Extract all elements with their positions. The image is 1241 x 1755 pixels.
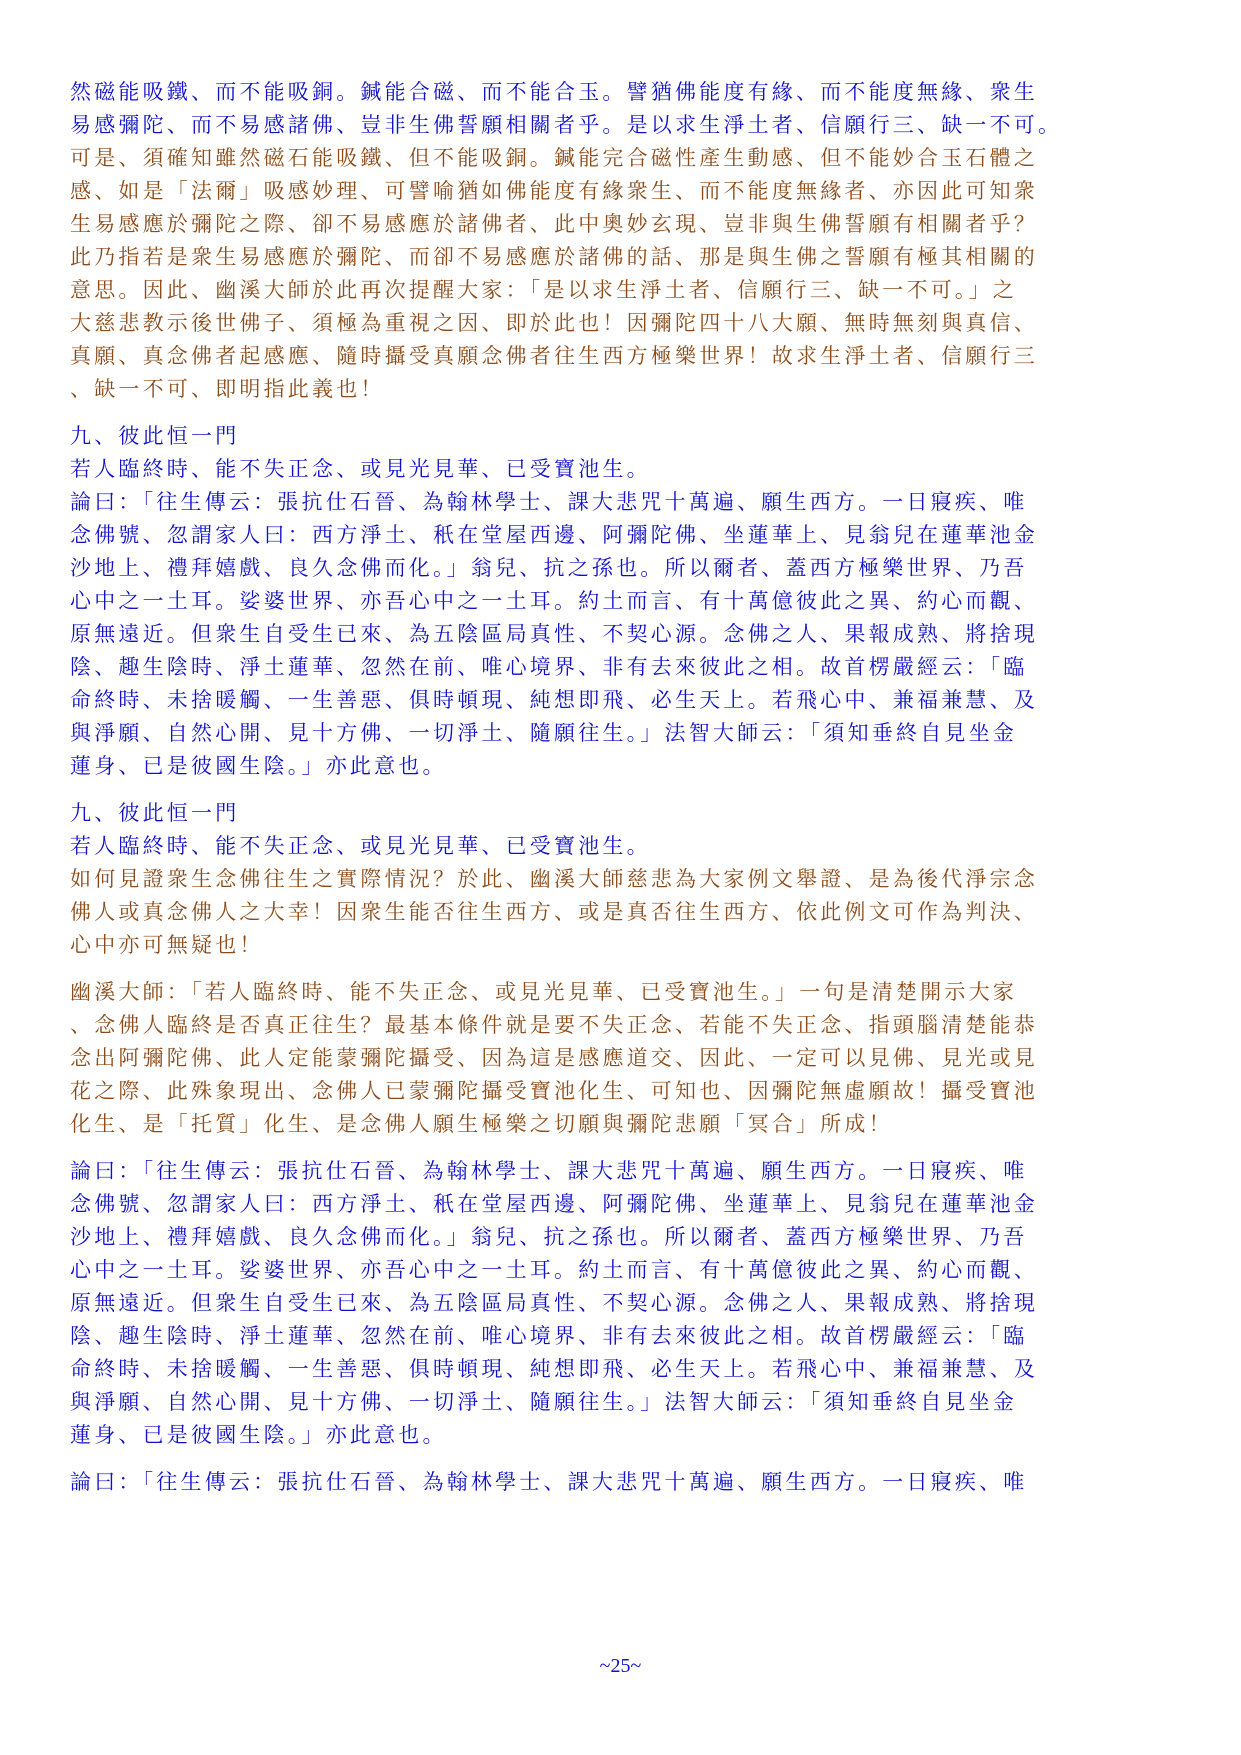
text-line: 命終時、未捨暖觸、一生善惡、俱時頓現、純想即飛、必生天上。若飛心中、兼福兼慧、及 [70,684,1170,717]
text-line: 幽溪大師：「若人臨終時、能不失正念、或見光見華、已受寶池生。」一句是清楚開示大家 [70,976,1170,1009]
section-heading: 九、彼此恒一門 [70,420,1170,453]
text-line: 念佛號、忽謂家人曰：西方淨土、秖在堂屋西邊、阿彌陀佛、坐蓮華上、見翁兒在蓮華池金 [70,1188,1170,1221]
text-line: 陰、趣生陰時、淨土蓮華、忽然在前、唯心境界、非有去來彼此之相。故首楞嚴經云：「臨 [70,651,1170,684]
text-line: 、念佛人臨終是否真正往生？最基本條件就是要不失正念、若能不失正念、指頭腦清楚能恭 [70,1009,1170,1042]
text-line: 蓮身、已是彼國生陰。」亦此意也。 [70,1419,1170,1452]
text-line: 花之際、此殊象現出、念佛人已蒙彌陀攝受寶池化生、可知也、因彌陀無虛願故！攝受寶池 [70,1075,1170,1108]
text-line: 真願、真念佛者起感應、隨時攝受真願念佛者往生西方極樂世界！故求生淨土者、信願行三 [70,340,1170,373]
section-nine-first: 九、彼此恒一門 若人臨終時、能不失正念、或見光見華、已受寶池生。 論曰：「往生傳… [70,420,1170,783]
text-line: 論曰：「往生傳云：張抗仕石晉、為翰林學士、課大悲咒十萬遍、願生西方。一日寢疾、唯 [70,1155,1170,1188]
text-line: 陰、趣生陰時、淨土蓮華、忽然在前、唯心境界、非有去來彼此之相。故首楞嚴經云：「臨 [70,1320,1170,1353]
text-line: 此乃指若是衆生易感應於彌陀、而卻不易感應於諸佛的話、那是與生佛之誓願有極其相關的 [70,241,1170,274]
text-line: 然磁能吸鐵、而不能吸銅。鍼能合磁、而不能合玉。譬猶佛能度有緣、而不能度無緣、衆生 [70,76,1170,109]
text-line: 如何見證衆生念佛往生之實際情況？於此、幽溪大師慈悲為大家例文舉證、是為後代淨宗念 [70,863,1170,896]
text-line: 與淨願、自然心開、見十方佛、一切淨土、隨願往生。」法智大師云：「須知垂終自見坐金 [70,717,1170,750]
text-line: 心中之一土耳。娑婆世界、亦吾心中之一土耳。約土而言、有十萬億彼此之異、約心而觀、 [70,585,1170,618]
paragraph-treatise-quote: 論曰：「往生傳云：張抗仕石晉、為翰林學士、課大悲咒十萬遍、願生西方。一日寢疾、唯 [70,1466,1170,1499]
text-line: 可是、須確知雖然磁石能吸鐵、但不能吸銅。鍼能完合磁性產生動感、但不能妙合玉石體之 [70,142,1170,175]
section-heading: 九、彼此恒一門 [70,797,1170,830]
text-line: 易感彌陀、而不易感諸佛、豈非生佛誓願相關者乎。是以求生淨土者、信願行三、缺一不可… [70,109,1170,142]
text-line: 原無遠近。但衆生自受生已來、為五陰區局真性、不契心源。念佛之人、果報成熟、將捨現 [70,618,1170,651]
text-line: 與淨願、自然心開、見十方佛、一切淨土、隨願往生。」法智大師云：「須知垂終自見坐金 [70,1386,1170,1419]
text-line: 念佛號、忽謂家人曰：西方淨土、秖在堂屋西邊、阿彌陀佛、坐蓮華上、見翁兒在蓮華池金 [70,519,1170,552]
paragraph-treatise-quote: 論曰：「往生傳云：張抗仕石晉、為翰林學士、課大悲咒十萬遍、願生西方。一日寢疾、唯… [70,1155,1170,1452]
text-line: 生易感應於彌陀之際、卻不易感應於諸佛者、此中奧妙玄現、豈非與生佛誓願有相關者乎？ [70,208,1170,241]
section-nine-second: 九、彼此恒一門 若人臨終時、能不失正念、或見光見華、已受寶池生。 [70,797,1170,863]
text-line: 原無遠近。但衆生自受生已來、為五陰區局真性、不契心源。念佛之人、果報成熟、將捨現 [70,1287,1170,1320]
text-line: 心中亦可無疑也！ [70,929,1170,962]
paragraph-commentary: 可是、須確知雖然磁石能吸鐵、但不能吸銅。鍼能完合磁性產生動感、但不能妙合玉石體之… [70,142,1170,406]
text-line: 大慈悲教示後世佛子、須極為重視之因、即於此也！因彌陀四十八大願、無時無刻與真信、 [70,307,1170,340]
text-line: 論曰：「往生傳云：張抗仕石晉、為翰林學士、課大悲咒十萬遍、願生西方。一日寢疾、唯 [70,486,1170,519]
text-line: 、缺一不可、即明指此義也！ [70,373,1170,406]
text-line: 念出阿彌陀佛、此人定能蒙彌陀攝受、因為這是感應道交、因此、一定可以見佛、見光或見 [70,1042,1170,1075]
text-line: 沙地上、禮拜嬉戲、良久念佛而化。」翁兒、抗之孫也。所以爾者、蓋西方極樂世界、乃吾 [70,552,1170,585]
text-line: 沙地上、禮拜嬉戲、良久念佛而化。」翁兒、抗之孫也。所以爾者、蓋西方極樂世界、乃吾 [70,1221,1170,1254]
verse-line: 若人臨終時、能不失正念、或見光見華、已受寶池生。 [70,453,1170,486]
text-line: 命終時、未捨暖觸、一生善惡、俱時頓現、純想即飛、必生天上。若飛心中、兼福兼慧、及 [70,1353,1170,1386]
text-line: 化生、是「托質」化生、是念佛人願生極樂之切願與彌陀悲願「冥合」所成！ [70,1108,1170,1141]
text-line: 論曰：「往生傳云：張抗仕石晉、為翰林學士、課大悲咒十萬遍、願生西方。一日寢疾、唯 [70,1466,1170,1499]
paragraph-commentary: 如何見證衆生念佛往生之實際情況？於此、幽溪大師慈悲為大家例文舉證、是為後代淨宗念… [70,863,1170,962]
page-number: ~25~ [0,1655,1241,1678]
text-line: 意思。因此、幽溪大師於此再次提醒大家：「是以求生淨土者、信願行三、缺一不可。」之 [70,274,1170,307]
text-line: 佛人或真念佛人之大幸！因衆生能否往生西方、或是真否往生西方、依此例文可作為判決、 [70,896,1170,929]
verse-line: 若人臨終時、能不失正念、或見光見華、已受寶池生。 [70,830,1170,863]
text-line: 心中之一土耳。娑婆世界、亦吾心中之一土耳。約土而言、有十萬億彼此之異、約心而觀、 [70,1254,1170,1287]
paragraph-sutra-quote: 然磁能吸鐵、而不能吸銅。鍼能合磁、而不能合玉。譬猶佛能度有緣、而不能度無緣、衆生… [70,76,1170,142]
paragraph-commentary: 幽溪大師：「若人臨終時、能不失正念、或見光見華、已受寶池生。」一句是清楚開示大家… [70,976,1170,1141]
document-page: 然磁能吸鐵、而不能吸銅。鍼能合磁、而不能合玉。譬猶佛能度有緣、而不能度無緣、衆生… [70,76,1170,1499]
text-line: 蓮身、已是彼國生陰。」亦此意也。 [70,750,1170,783]
text-line: 感、如是「法爾」吸感妙理、可譬喻猶如佛能度有緣衆生、而不能度無緣者、亦因此可知衆 [70,175,1170,208]
